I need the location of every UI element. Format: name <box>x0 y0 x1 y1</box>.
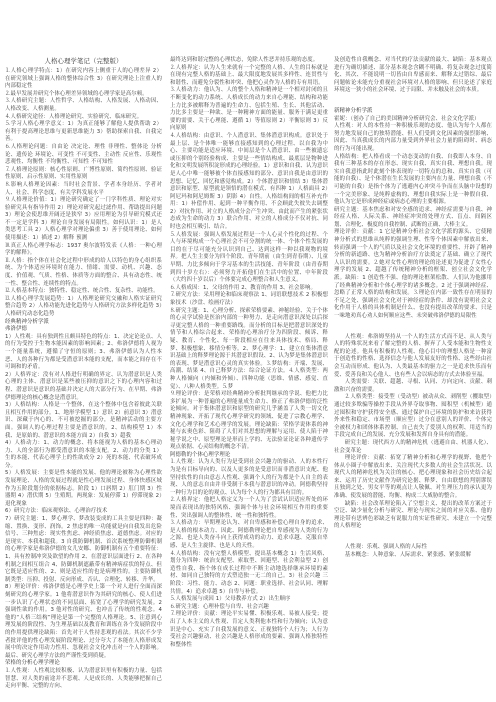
paragraph: 8）理论评价：弗洛伊德是心理学史上第一个对人进行全面而深刻研究的心理学家。1 他… <box>5 584 162 660</box>
paragraph: ⒉人格界定：他把人格定义为一个人为了尝试认识适应所处的环境而表现出的独特风格、强… <box>170 497 328 520</box>
paragraph: 研究主题：现代西方人的精神危机（逃避自由、机器人化）、社会变革论 <box>334 440 492 455</box>
paragraph: ⒎理论评价：贡献：理论平实易懂、积极乐观、易被人接受；提出了人本主义的人性观、肯… <box>170 611 328 649</box>
paragraph: 2）人格界定：没有对人格进行明确的界定、认为潜意识是人类心理的主体、潜意识是某些… <box>5 372 162 402</box>
paragraph: ⒔人格心理学发展趋势：1）人格理论研究交融和人格实证研究整合趋势 2）人格功能先… <box>5 296 162 319</box>
paragraph: 人性观：对人的本性持一种积极乐观的态度、他认为每个人都在努力地发展自己的独特潜能… <box>334 123 492 153</box>
scanned-notes-page: 人格心理学笔记（完整版） ⒈人格心理学特点：1）在研究内容上侧重于人的心理差异 … <box>0 0 496 702</box>
paragraph: 1）人性观：具有独到性且颇具特色的特点：1、决定论论点、人的行为受控于生物本能因… <box>5 334 162 372</box>
paragraph: 理论评价：贡献：1 它是精神分析社会文化学派的源头、它使精神分析式的思维从纯粹的… <box>334 229 492 320</box>
paragraph: 4）人格动力：1、动力的概念、将本能视为人格的基本心理动力、人的全部行为都受潜意… <box>5 440 162 470</box>
paragraph: ⒌学习人格心理学意义：1）为真正能够了解他人提供帮助 2）有利于提高理论思维与更… <box>5 121 162 144</box>
text-column-3: 及创造性自我概念、对当代的疗法贡献的最大、缺陷：基本观点进行为确切描述、部分基本… <box>334 57 492 559</box>
paragraph: 研究主题：基本焦虑和对安全感的追求、神经症需要与自我、神经症人格、人际关系、神经… <box>334 207 492 230</box>
paragraph: ⒌人格发展：强调人格发展过程是一个人心灵个性化的过程、个人与环境构成一个心理社会… <box>170 232 328 285</box>
paragraph: ⒉人格类型：接受型（受动型）被动从众、剥削型（攫取型）通过较多欺骗等操控手段从外… <box>334 394 492 440</box>
paragraph: ⒒人格：指个体在社会化过程中形成的给人以特色的身心组织系统、为个体适应环境时在能… <box>5 258 162 288</box>
text-column-1: 人格心理学笔记（完整版） ⒈人格心理学特点：1）在研究内容上侧重于人的心理差异 … <box>5 57 162 691</box>
paragraph: ⒐人格理论价值：1）理论研究确定了一门学科性质、理论对实验研究具有指导作用 2）… <box>5 197 162 243</box>
paragraph: 人性观：乐观、强调人格的人际性 <box>334 544 492 552</box>
paragraph: 7）研究主题：1、梦心理学、梦改装变成的工具主要是四种：凝缩、置换、变形、润饰。… <box>5 516 162 584</box>
section-heading: 弗洛伊德 <box>5 326 162 334</box>
section-heading: 荣格的分析心理学理论 <box>5 660 162 668</box>
section-heading: 经典精神分析学派 <box>5 319 162 327</box>
paragraph: 人类需要：关联、超越、寻根、认同、方向定向、贡献、刺激和兴奋的需要。 <box>334 379 492 394</box>
text-column-2: 最终达到和谐完整的心理状态，免除人性恶并持乐观的态度。⒉人格界定：认为人生来就有… <box>170 57 328 649</box>
paragraph: ⒎人格理论原则：核心性原则、广博性原则、简约性原则、验证性原则、启示性原则、实用… <box>5 167 162 182</box>
paragraph: 缺陷：社会改革理论陷入了空想主义、提出的改革方案过于空泛、缺少量化分析与研究、理… <box>334 501 492 531</box>
paragraph: ⒊人格动力：他认为、人的整个人格和精神是一个相对封闭的且不断变化的动力系统、人格… <box>170 87 328 133</box>
paragraph: 6）研究方法：临床观察法、心理治疗技术 <box>5 508 162 516</box>
paragraph: ⒓人格基本特点：独特性、稳定性、统合性、复杂性、功能性。 <box>5 288 162 296</box>
paragraph: ⒊人格动力：早期理论认为、对自卑感和补偿心理自身的追求、是人格的根本动力、因此、… <box>170 520 328 550</box>
paragraph: ⒋人格结构：没有完整人格模型、提出基本概念 1）生活风格、划分为四种：统治支配型… <box>170 551 328 597</box>
paragraph: 理论评价：贡献：拓宽了精神分析和心理学的视野、他把个体从小圈子中解放出来、关注现… <box>334 455 492 501</box>
paragraph: ⒎研究方法：采用理论和临床观察法 1、词语联想技术 2 积极想象技术（沙盘、绘画… <box>170 292 328 307</box>
paragraph: ⒌人格发展与成因 1）父母教养方式 2）出生顺序 <box>170 596 328 604</box>
document-title: 人格心理学笔记（完整版） <box>5 57 162 66</box>
paragraph: ⒈人性观：人性观比较积极、认为潜意识里有积极的力量、包括智慧、对人类的前途并不悲… <box>5 668 162 691</box>
paragraph: ⒊人格研究主题：人性哲学、人格结构、人格发展、人格动因、人格改变、人格测量。 <box>5 98 162 113</box>
paragraph: 及创造性自我概念、对当代的疗法贡献的最大、缺陷：基本观点进行为确切描述、部分基本… <box>334 57 492 95</box>
paragraph: ⒐理论评价：是荣格对经典精神分析批判继承的学说、他把力比多扩展为一种普遍的心理能… <box>170 391 328 452</box>
paragraph: 基本概念：人种意象、人际需求、紧张感、紧张缓解 <box>334 552 492 560</box>
paragraph: ⒈人格心理学特点：1）在研究内容上侧重于人的心理差异 2）在研究领域上强调人格的… <box>5 68 162 91</box>
paragraph: ⒑真正人格心理学标志：1937 奥尔波特发表《人格：一种心理学的解释》。 <box>5 243 162 258</box>
paragraph: ⒍人格理论问题：自由论 决定论、理性 非理性、整体论 分析论、遗传论 环境论、可… <box>5 144 162 167</box>
paragraph: ⒈人性观：认为人类行为是受到社会兴趣力的驱动、人的本性行为是有目标导向的、以及人… <box>170 459 328 497</box>
section-heading: 新精神分析学派 <box>334 108 492 116</box>
paragraph: 人性观：弗洛姆坚持从一个人的生活方式而不是、从人类与人的特殊状况来看了解完整的人… <box>334 334 492 380</box>
paragraph: ⒏研究主题：1、心理分析、探索荣格要素、神秘经验、关于个体的心灵学试验是医治内部… <box>170 308 328 392</box>
paragraph: 最终达到和谐完整的心理状态，免除人性恶并持乐观的态度。 <box>170 57 328 65</box>
paragraph: ⒋人格结构：由意识、个人潜意识、集体潜意识构成。意识处于最上层、是个体唯一能够直… <box>170 133 328 232</box>
paragraph: 人格结构：把人格看成一个动态变动的自我、自我即人本身、自我有三种基本的存在形态、… <box>334 154 492 207</box>
paragraph: 5）人格发展：主要是性本能的发展、他的理论被称为心理性欲发展理论、人格的发展过程… <box>5 470 162 508</box>
paragraph: ⒏影响人格理论因素：当时社会背景、学者本身经历、学者对人、社会、科学态度、有关学… <box>5 182 162 197</box>
paragraph: ⒉人格界定：认为人生来就有一个完整的人格、人生的目标就是在现有完整人格的基础上、… <box>170 65 328 88</box>
paragraph: 3）人格结构：人格是一个整体，在这个整体中包含着彼此关联且相互作用的部分。1、地… <box>5 402 162 440</box>
